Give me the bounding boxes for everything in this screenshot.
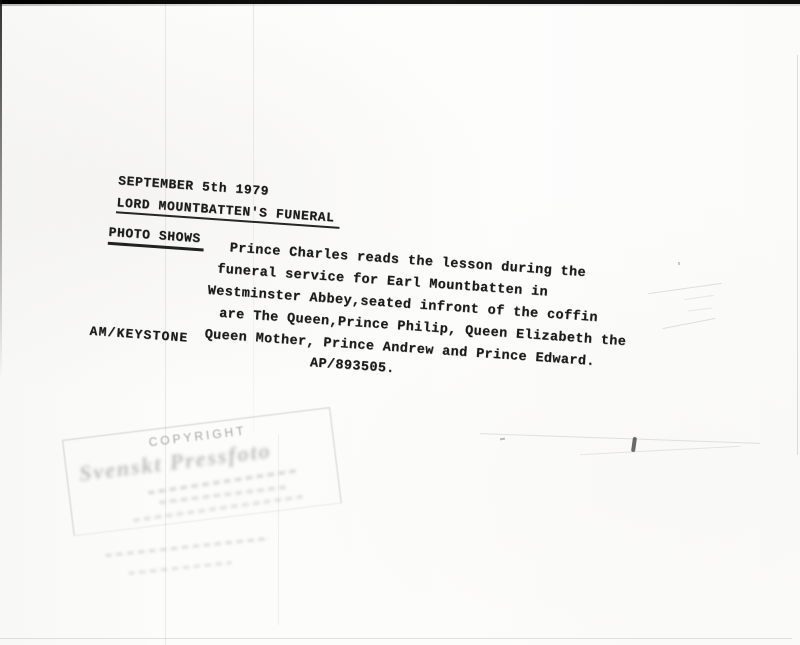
scanned-photo-caption-card: SEPTEMBER 5th 1979 LORD MOUNTBATTEN'S FU… [0, 0, 800, 645]
faint-pencil-mark [662, 318, 715, 329]
faint-pencil-mark [684, 295, 714, 300]
photo-shows-label: PHOTO SHOWS [108, 225, 206, 252]
title-line: LORD MOUNTBATTEN'S FUNERAL [116, 195, 341, 229]
date-line: SEPTEMBER 5th 1979 [118, 173, 270, 199]
scan-edge-top-shadow [0, 4, 800, 6]
typed-caption-block: SEPTEMBER 5th 1979 LORD MOUNTBATTEN'S FU… [69, 168, 669, 443]
ink-blot-mark [631, 437, 637, 452]
scan-edge-right [797, 55, 798, 455]
stamp-illegible-text-line [105, 536, 270, 557]
agency-credit: AM/KEYSTONE [89, 324, 189, 346]
scan-edge-left [0, 0, 2, 380]
faint-speck [678, 262, 680, 265]
faint-pencil-mark [688, 308, 712, 312]
faint-crease-mark [580, 446, 740, 455]
scan-edge-bottom [0, 638, 792, 639]
caption-text: Prince Charles reads the lesson during t… [202, 237, 640, 399]
stamp-illegible-text-line [128, 561, 232, 576]
copyright-stamp: COPYRIGHT Svenskt Pressfoto [62, 407, 342, 536]
faint-speck [500, 438, 505, 441]
